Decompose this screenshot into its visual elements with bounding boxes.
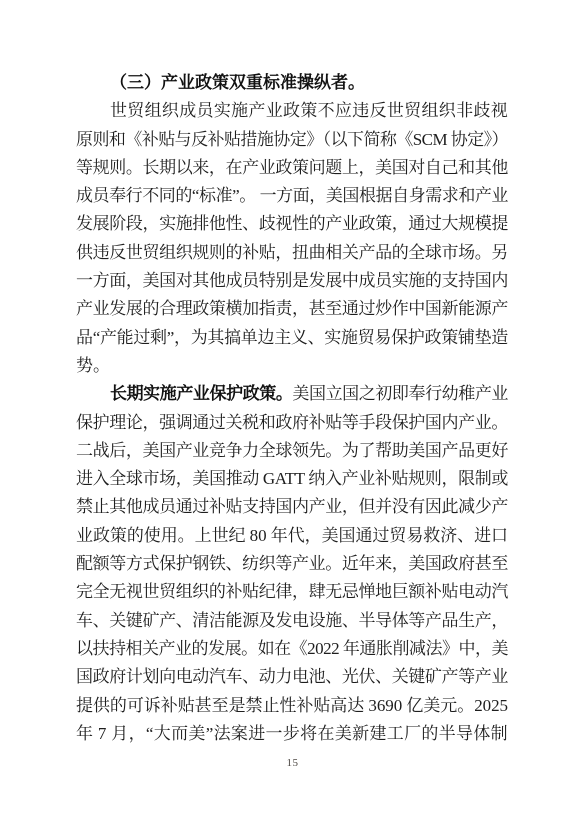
document-page: （三）产业政策双重标准操纵者。 世贸组织成员实施产业政策不应违反世贸组织非歧视原…: [0, 0, 585, 826]
line-runs: 进入全球市场，美国推动 GATT 纳入产业补贴规则，限制或: [76, 465, 508, 493]
text-run: 提供的可诉补贴甚至是禁止性补贴高达 3690 亿美元。2025: [76, 696, 508, 715]
line-runs: 提供的可诉补贴甚至是禁止性补贴高达 3690 亿美元。2025: [76, 692, 508, 720]
text-line: 完全无视世贸组织的补贴纪律，肆无忌惮地巨额补贴电动汽: [76, 578, 508, 606]
line-runs: 国政府计划向电动汽车、动力电池、光伏、关键矿产等产业: [76, 663, 508, 691]
text-line: 年 7 月，“大而美”法案进一步将在美新建工厂的半导体制: [76, 720, 508, 748]
line-runs: 保护理论，强调通过关税和政府补贴等手段保护国内产业。: [76, 409, 508, 437]
text-run: 进入全球市场，美国推动 GATT 纳入产业补贴规则，限制或: [76, 469, 508, 488]
text-run: 车、关键矿产、清洁能源及发电设施、半导体等产品生产，: [76, 611, 508, 630]
line-runs: 等规则。长期以来，在产业政策问题上，美国对自己和其他: [76, 154, 508, 182]
text-line: 产业发展的合理政策横加指责，甚至通过炒作中国新能源产: [76, 295, 508, 323]
text-line: 以扶持相关产业的发展。如在《2022 年通胀削减法》中，美: [76, 635, 508, 663]
page-number: 15: [0, 757, 585, 769]
text-run: 以扶持相关产业的发展。如在《2022 年通胀削减法》中，美: [76, 639, 508, 658]
line-runs: 一方面，美国对其他成员特别是发展中成员实施的支持国内: [76, 267, 508, 295]
line-runs: 供违反世贸组织规则的补贴，扭曲相关产品的全球市场。另: [76, 239, 508, 267]
text-run: 保护理论，强调通过关税和政府补贴等手段保护国内产业。: [76, 413, 508, 432]
text-run: 等规则。长期以来，在产业政策问题上，美国对自己和其他: [76, 158, 508, 177]
line-runs: 原则和《补贴与反补贴措施协定》（以下简称《SCM 协定》）: [76, 126, 508, 154]
line-runs: 二战后，美国产业竞争力全球领先。为了帮助美国产品更好: [76, 437, 508, 465]
line-runs: 完全无视世贸组织的补贴纪律，肆无忌惮地巨额补贴电动汽: [76, 578, 508, 606]
text-line: 等规则。长期以来，在产业政策问题上，美国对自己和其他: [76, 154, 508, 182]
text-line: 保护理论，强调通过关税和政府补贴等手段保护国内产业。: [76, 409, 508, 437]
text-line: 原则和《补贴与反补贴措施协定》（以下简称《SCM 协定》）: [76, 126, 508, 154]
text-run: 完全无视世贸组织的补贴纪律，肆无忌惮地巨额补贴电动汽: [76, 582, 508, 601]
text-line: 进入全球市场，美国推动 GATT 纳入产业补贴规则，限制或: [76, 465, 508, 493]
bold-run: 长期实施产业保护政策。: [110, 384, 292, 403]
text-run: 产业发展的合理政策横加指责，甚至通过炒作中国新能源产: [76, 299, 508, 318]
text-run: 势。: [76, 356, 110, 375]
text-line: 世贸组织成员实施产业政策不应违反世贸组织非歧视: [76, 97, 508, 125]
line-runs: 车、关键矿产、清洁能源及发电设施、半导体等产品生产，: [76, 607, 508, 635]
text-run: 成员奉行不同的“标准”。 一方面，美国根据自身需求和产业: [76, 186, 508, 205]
text-run: 品“产能过剩”，为其搞单边主义、实施贸易保护政策铺垫造: [76, 328, 508, 347]
line-runs: 世贸组织成员实施产业政策不应违反世贸组织非歧视: [110, 97, 508, 125]
text-run: 供违反世贸组织规则的补贴，扭曲相关产品的全球市场。另: [76, 243, 508, 262]
line-runs: 以扶持相关产业的发展。如在《2022 年通胀削减法》中，美: [76, 635, 508, 663]
text-line: 品“产能过剩”，为其搞单边主义、实施贸易保护政策铺垫造: [76, 324, 508, 352]
text-run: 美国立国之初即奉行幼稚产业: [292, 384, 508, 403]
line-runs: 年 7 月，“大而美”法案进一步将在美新建工厂的半导体制: [76, 720, 508, 748]
text-line: 一方面，美国对其他成员特别是发展中成员实施的支持国内: [76, 267, 508, 295]
text-run: 业政策的使用。上世纪 80 年代，美国通过贸易救济、进口: [76, 526, 508, 545]
text-line: 长期实施产业保护政策。美国立国之初即奉行幼稚产业: [76, 380, 508, 408]
text-line: 成员奉行不同的“标准”。 一方面，美国根据自身需求和产业: [76, 182, 508, 210]
line-runs: 产业发展的合理政策横加指责，甚至通过炒作中国新能源产: [76, 295, 508, 323]
text-line: 供违反世贸组织规则的补贴，扭曲相关产品的全球市场。另: [76, 239, 508, 267]
line-runs: 品“产能过剩”，为其搞单边主义、实施贸易保护政策铺垫造: [76, 324, 508, 352]
text-run: 年 7 月，“大而美”法案进一步将在美新建工厂的半导体制: [76, 724, 508, 743]
line-runs: 业政策的使用。上世纪 80 年代，美国通过贸易救济、进口: [76, 522, 508, 550]
text-block: （三）产业政策双重标准操纵者。 世贸组织成员实施产业政策不应违反世贸组织非歧视原…: [76, 69, 508, 748]
text-line: 提供的可诉补贴甚至是禁止性补贴高达 3690 亿美元。2025: [76, 692, 508, 720]
text-line: 二战后，美国产业竞争力全球领先。为了帮助美国产品更好: [76, 437, 508, 465]
text-run: 禁止其他成员通过补贴支持国内产业，但并没有因此减少产: [76, 497, 508, 516]
text-line: 禁止其他成员通过补贴支持国内产业，但并没有因此减少产: [76, 493, 508, 521]
text-line: 配额等方式保护钢铁、纺织等产业。近年来，美国政府甚至: [76, 550, 508, 578]
line-runs: 禁止其他成员通过补贴支持国内产业，但并没有因此减少产: [76, 493, 508, 521]
text-line: 发展阶段，实施排他性、歧视性的产业政策，通过大规模提: [76, 210, 508, 238]
line-runs: 势。: [76, 352, 110, 380]
line-runs: 长期实施产业保护政策。美国立国之初即奉行幼稚产业: [110, 380, 508, 408]
text-run: 一方面，美国对其他成员特别是发展中成员实施的支持国内: [76, 271, 508, 290]
text-line: 国政府计划向电动汽车、动力电池、光伏、关键矿产等产业: [76, 663, 508, 691]
line-runs: 配额等方式保护钢铁、纺织等产业。近年来，美国政府甚至: [76, 550, 508, 578]
text-line: 势。: [76, 352, 508, 380]
text-run: 配额等方式保护钢铁、纺织等产业。近年来，美国政府甚至: [76, 554, 508, 573]
text-run: 发展阶段，实施排他性、歧视性的产业政策，通过大规模提: [76, 214, 508, 233]
text-run: 国政府计划向电动汽车、动力电池、光伏、关键矿产等产业: [76, 667, 508, 686]
line-runs: 成员奉行不同的“标准”。 一方面，美国根据自身需求和产业: [76, 182, 508, 210]
text-line: 业政策的使用。上世纪 80 年代，美国通过贸易救济、进口: [76, 522, 508, 550]
line-runs: 发展阶段，实施排他性、歧视性的产业政策，通过大规模提: [76, 210, 508, 238]
text-run: 世贸组织成员实施产业政策不应违反世贸组织非歧视: [110, 101, 508, 120]
section-heading: （三）产业政策双重标准操纵者。: [76, 69, 508, 97]
text-line: 车、关键矿产、清洁能源及发电设施、半导体等产品生产，: [76, 607, 508, 635]
text-run: 原则和《补贴与反补贴措施协定》（以下简称《SCM 协定》）: [76, 130, 508, 149]
text-run: 二战后，美国产业竞争力全球领先。为了帮助美国产品更好: [76, 441, 508, 460]
